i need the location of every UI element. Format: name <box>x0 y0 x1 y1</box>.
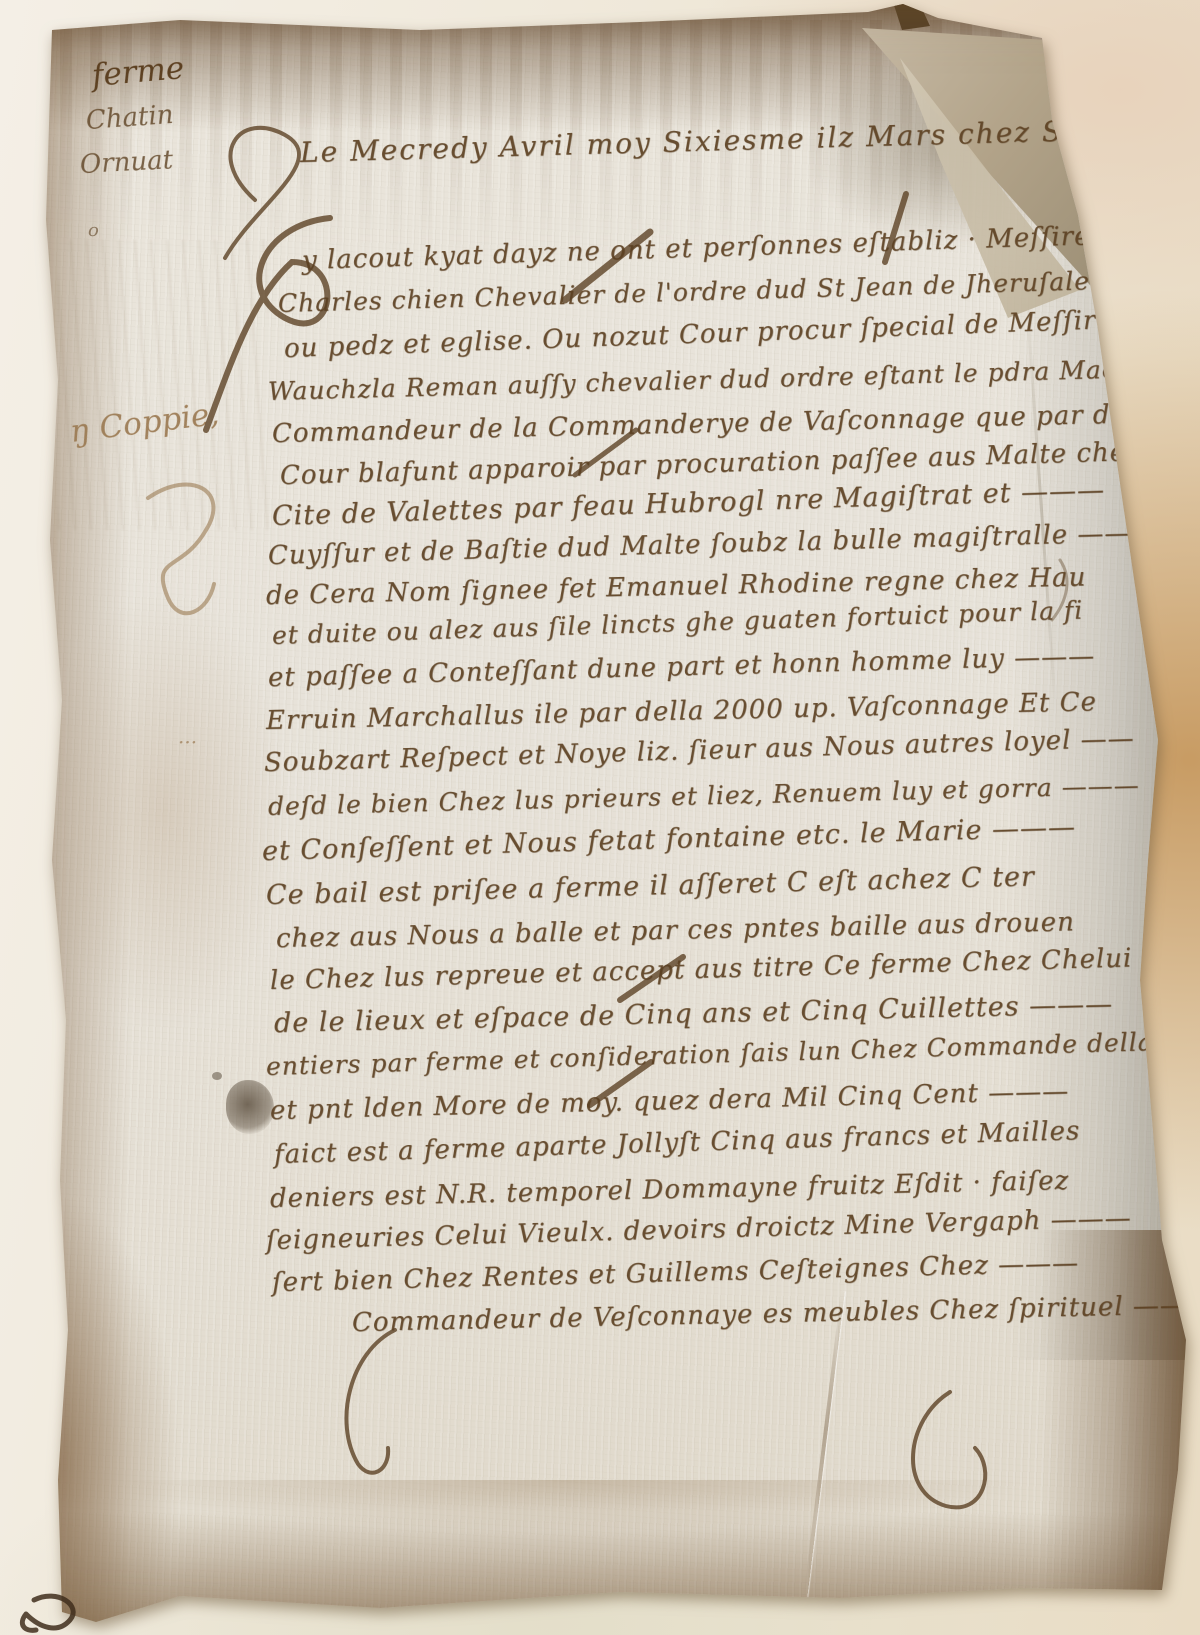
heading-swirl-flourish <box>225 128 299 258</box>
margin-note-ornuat: Ornuat <box>79 145 174 180</box>
descender-loop <box>346 1330 395 1473</box>
corner-tab <box>893 0 933 32</box>
manuscript-page: ferme Chatin Ornuat o ŋ Coppie, ··· Le M… <box>0 0 1200 1635</box>
descender-loop <box>913 1392 985 1507</box>
photo-of-manuscript: ferme Chatin Ornuat o ŋ Coppie, ··· Le M… <box>0 0 1200 1635</box>
handwritten-line: et Conſeſſent et Nous fetat fontaine etc… <box>262 812 1077 867</box>
handwritten-line: Wauchzla Reman auſſy chevalier dud ordre… <box>268 352 1200 406</box>
heading-line: Le Mecredy Avril moy Sixiesme ilz Mars c… <box>300 112 1149 169</box>
paper-shadow-wrap: ferme Chatin Ornuat o ŋ Coppie, ··· Le M… <box>0 0 1200 1635</box>
margin-note-ferme: ferme <box>90 50 185 94</box>
margin-dots: ··· <box>178 730 197 754</box>
left-lower-stain <box>0 1150 230 1635</box>
margin-paraph-flourish <box>148 484 214 613</box>
left-edge-stain <box>0 0 130 1635</box>
handwritten-line: et pnt lden More de moy. quez dera Mil C… <box>270 1076 1070 1126</box>
handwritten-line: Commandeur de Veſconnaye es meubles Chez… <box>352 1290 1200 1338</box>
handwritten-line: deniers est N.R. temporel Dommayne fruit… <box>270 1166 1070 1214</box>
show-through-marks <box>58 240 268 530</box>
margin-small-mark: o <box>88 220 99 241</box>
margin-note-coppie: ŋ Coppie, <box>68 396 221 450</box>
ink-blot <box>226 1080 274 1134</box>
bottom-right-dark-stain <box>1040 1230 1200 1635</box>
ink-blot-speck <box>212 1072 222 1080</box>
handwritten-line: faict est a ferme aparte Jollyſt Cinq au… <box>274 1116 1081 1170</box>
bottom-edge-stain <box>0 1505 1200 1635</box>
margin-note-chatin: Chatin <box>85 100 175 136</box>
mid-bottom-tide-line <box>120 1480 1020 1540</box>
vertical-crease <box>803 1291 845 1599</box>
handwritten-line: ſert bien Chez Rentes et Guillems Ceſtei… <box>272 1248 1080 1298</box>
handwritten-line: Ce bail est priſee a ferme il aſſeret C … <box>266 861 1036 911</box>
handwritten-line: ſeigneuries Celui Vieulx. devoirs droict… <box>266 1203 1132 1256</box>
handwritten-line: chez aus Nous a balle et par ces pntes b… <box>276 907 1075 954</box>
handwritten-line: et paſſee a Conteſſant dune part et honn… <box>268 641 1096 693</box>
